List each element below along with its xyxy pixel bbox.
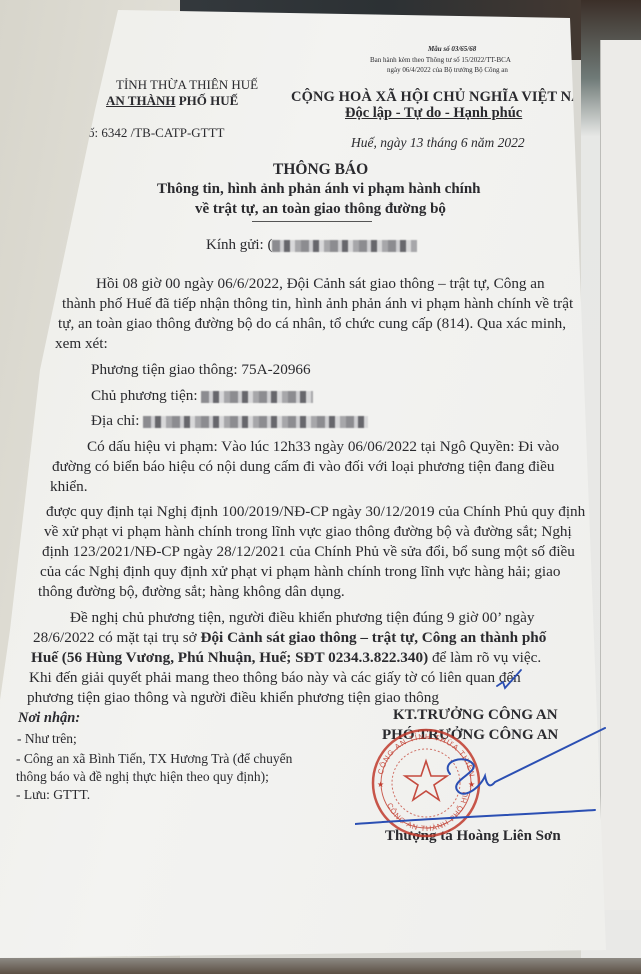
org-name: AN THÀNH PHỐ HUẾ bbox=[106, 93, 238, 109]
request-line5: phương tiện giao thông và người điều khi… bbox=[27, 688, 439, 708]
recipient-redacted bbox=[272, 240, 417, 252]
request-line2: 28/6/2022 có mặt tại trụ sở Đội Cảnh sát… bbox=[33, 628, 546, 648]
table-edge bbox=[0, 958, 641, 974]
para1-line2: thành phố Huế đã tiếp nhận thông tin, hì… bbox=[62, 294, 573, 314]
para1-line1: Hồi 08 giờ 00 ngày 06/6/2022, Đội Cảnh s… bbox=[96, 274, 545, 294]
address-redacted bbox=[143, 416, 368, 428]
legal-line5: thông đường bộ, đường sắt; hàng không dâ… bbox=[38, 582, 345, 602]
document-subtitle-line1: Thông tin, hình ảnh phản ánh vi phạm hàn… bbox=[157, 181, 481, 198]
initial-mark-icon bbox=[495, 668, 525, 690]
legal-line4: của các Nghị định quy định xử phạt vi ph… bbox=[40, 562, 561, 582]
owner-label: Chủ phương tiện: bbox=[91, 387, 201, 404]
recipients-item: - Lưu: GTTT. bbox=[16, 786, 90, 804]
violation-line3: khiển. bbox=[50, 477, 88, 497]
request-office-address: Huế (56 Hùng Vương, Phú Nhuận, Huế; SĐT … bbox=[31, 649, 428, 666]
form-number: Mẫu số 03/65/68 bbox=[428, 45, 476, 53]
recipients-item: - Công an xã Bình Tiến, TX Hương Trà (để… bbox=[16, 750, 292, 768]
address-label: Địa chỉ: bbox=[91, 412, 143, 429]
vehicle-info: Phương tiện giao thông: 75A-20966 bbox=[91, 360, 311, 380]
recipient-label: Kính gửi: ( bbox=[206, 237, 272, 253]
request-office-name: Đội Cảnh sát giao thông – trật tự, Công … bbox=[200, 629, 546, 646]
request-line2-text: 28/6/2022 có mặt tại trụ sở bbox=[33, 629, 200, 646]
document-type: THÔNG BÁO bbox=[273, 161, 368, 179]
recipients-item: thông báo và đề nghị thực hiện theo quy … bbox=[16, 768, 269, 786]
para1-line4: xem xét: bbox=[55, 334, 108, 354]
violation-line1: Có dấu hiệu vi phạm: Vào lúc 12h33 ngày … bbox=[87, 437, 559, 457]
request-line3-text: để làm rõ vụ việc. bbox=[428, 649, 541, 666]
recipient: Kính gửi: ( bbox=[206, 237, 417, 254]
form-issued-with: Ban hành kèm theo Thông tư số 15/2022/TT… bbox=[370, 56, 511, 64]
nation-title: CỘNG HOÀ XÃ HỘI CHỦ NGHĨA VIỆT NAM bbox=[291, 89, 596, 106]
legal-line2: về xử phạt vi phạm hành chính trong lĩnh… bbox=[44, 522, 572, 542]
vehicle-plate: 75A-20966 bbox=[241, 361, 310, 378]
legal-line1: được quy định tại Nghị định 100/2019/NĐ-… bbox=[46, 502, 585, 522]
org-parent: TỈNH THỪA THIÊN HUẾ bbox=[116, 77, 258, 93]
handwritten-signature bbox=[355, 716, 615, 826]
para1-line3: tự, an toàn giao thông đường bộ do cá nh… bbox=[58, 314, 566, 334]
document-subtitle-line2: về trật tự, an toàn giao thông đường bộ bbox=[195, 201, 446, 218]
violation-line2: đường có biển báo hiệu có nội dung cấm đ… bbox=[52, 457, 554, 477]
owner-redacted bbox=[201, 391, 313, 403]
motto: Độc lập - Tự do - Hạnh phúc bbox=[345, 105, 522, 122]
recipients-item: - Như trên; bbox=[17, 730, 77, 748]
document-number: ố: 6342 /TB-CATP-GTTT bbox=[88, 125, 225, 141]
request-line3: Huế (56 Hùng Vương, Phú Nhuận, Huế; SĐT … bbox=[31, 648, 541, 668]
subtitle-underline bbox=[252, 221, 372, 222]
org-name-prefix: AN THÀNH bbox=[106, 93, 175, 108]
request-line4: Khi đến giải quyết phải mang theo thông … bbox=[29, 668, 521, 688]
place-date: Huế, ngày 13 tháng 6 năm 2022 bbox=[351, 135, 525, 151]
owner-info: Chủ phương tiện: bbox=[91, 386, 313, 406]
org-name-suffix: PHỐ HUẾ bbox=[175, 93, 238, 108]
request-line1: Đề nghị chủ phương tiện, người điều khiể… bbox=[70, 608, 534, 628]
form-issued-date: ngày 06/4/2022 của Bộ trưởng Bộ Công an bbox=[387, 66, 508, 74]
recipients-title: Nơi nhận: bbox=[18, 710, 80, 727]
legal-line3: định 123/2021/NĐ-CP ngày 28/12/2021 của … bbox=[42, 542, 575, 562]
vehicle-label: Phương tiện giao thông: bbox=[91, 361, 241, 378]
address-info: Địa chỉ: bbox=[91, 411, 368, 431]
